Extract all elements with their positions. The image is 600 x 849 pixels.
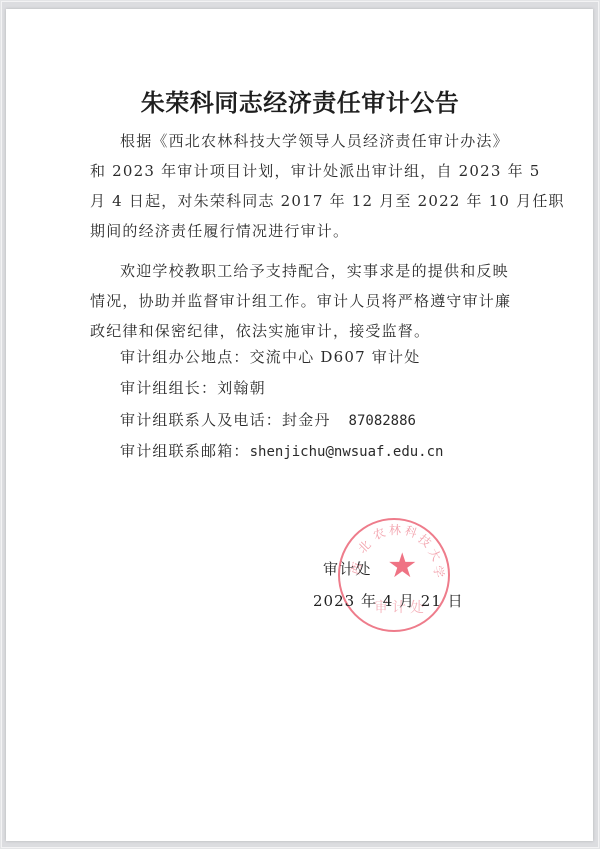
paragraph-line: 欢迎学校教职工给予支持配合，实事求是的提供和反映 bbox=[90, 256, 510, 286]
info-email-label: 审计组联系邮箱： bbox=[120, 442, 250, 460]
info-office-label: 审计组办公地点： bbox=[120, 348, 250, 366]
info-contact-name: 封金丹 bbox=[282, 411, 331, 429]
info-contact-label: 审计组联系人及电话： bbox=[120, 411, 282, 429]
signature-org: 审计处 bbox=[323, 558, 372, 579]
document-title: 朱荣科同志经济责任审计公告 bbox=[0, 83, 600, 118]
paragraph-welcome: 欢迎学校教职工给予支持配合，实事求是的提供和反映 情况，协助并监督审计组工作。审… bbox=[90, 256, 510, 346]
info-office-value: 交流中心 D607 审计处 bbox=[250, 348, 421, 366]
signature-date: 2023 年 4 月 21 日 bbox=[313, 590, 464, 611]
paragraph-audit-notice: 根据《西北农林科技大学领导人员经济责任审计办法》 和 2023 年审计项目计划，… bbox=[90, 126, 510, 246]
info-leader-value: 刘翰朝 bbox=[217, 379, 266, 397]
paragraph-line: 政纪律和保密纪律，依法实施审计，接受监督。 bbox=[90, 316, 510, 346]
paragraph-line: 情况，协助并监督审计组工作。审计人员将严格遵守审计廉 bbox=[90, 286, 510, 316]
paragraph-line: 期间的经济责任履行情况进行审计。 bbox=[90, 216, 510, 246]
info-email: 审计组联系邮箱：shenjichu@nwsuaf.edu.cn bbox=[120, 441, 443, 462]
info-contact-phone: 87082886 bbox=[349, 413, 416, 429]
info-office: 审计组办公地点：交流中心 D607 审计处 bbox=[120, 347, 420, 367]
info-leader-label: 审计组组长： bbox=[120, 379, 217, 397]
info-contact: 审计组联系人及电话：封金丹 87082886 bbox=[120, 410, 416, 431]
info-leader: 审计组组长：刘翰朝 bbox=[120, 378, 266, 398]
paragraph-line: 根据《西北农林科技大学领导人员经济责任审计办法》 bbox=[90, 126, 510, 156]
paragraph-line: 和 2023 年审计项目计划，审计处派出审计组，自 2023 年 5 bbox=[90, 156, 510, 186]
seal-star-icon: ★ bbox=[387, 549, 417, 583]
seal-arc-char: 林 bbox=[389, 521, 401, 538]
paragraph-line: 月 4 日起，对朱荣科同志 2017 年 12 月至 2022 年 10 月任职 bbox=[90, 186, 510, 216]
info-email-value: shenjichu@nwsuaf.edu.cn bbox=[250, 444, 444, 460]
